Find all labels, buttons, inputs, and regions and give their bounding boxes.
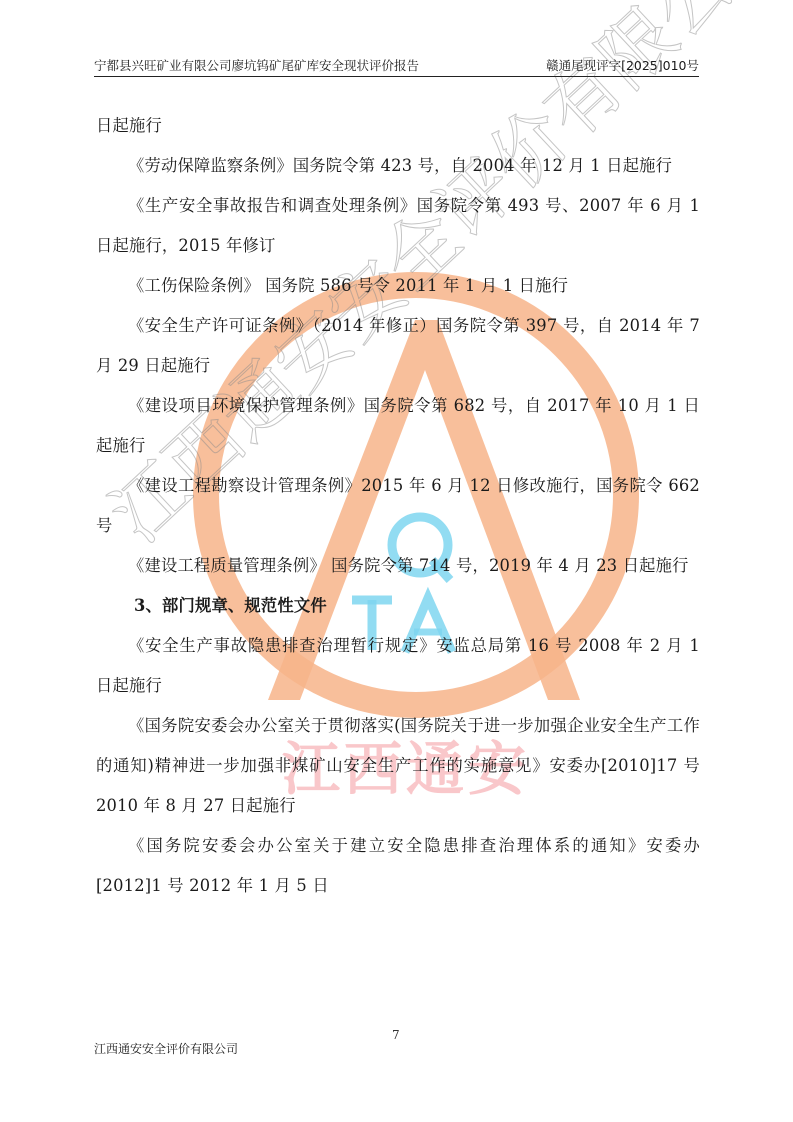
regulation-item: 《工伤保险条例》 国务院 586 号令 2011 年 1 月 1 日施行 <box>96 266 700 306</box>
report-number: 赣通尾现评字[2025]010号 <box>546 56 699 74</box>
regulation-item: 《建设项目环境保护管理条例》国务院令第 682 号，自 2017 年 10 月 … <box>96 386 700 466</box>
regulation-item: 《劳动保障监察条例》国务院令第 423 号，自 2004 年 12 月 1 日起… <box>96 146 700 186</box>
report-title: 宁都县兴旺矿业有限公司廖坑钨矿尾矿库安全现状评价报告 <box>94 56 419 74</box>
regulation-item: 《生产安全事故报告和调查处理条例》国务院令第 493 号、2007 年 6 月 … <box>96 186 700 266</box>
page-number: 7 <box>392 1028 400 1042</box>
footer-company: 江西通安安全评价有限公司 <box>94 1040 238 1057</box>
page-header: 宁都县兴旺矿业有限公司廖坑钨矿尾矿库安全现状评价报告 赣通尾现评字[2025]0… <box>94 52 699 77</box>
section-heading: 3、部门规章、规范性文件 <box>96 586 700 626</box>
document-body: 日起施行 《劳动保障监察条例》国务院令第 423 号，自 2004 年 12 月… <box>96 106 700 906</box>
regulation-item: 《安全生产许可证条例》（2014 年修正）国务院令第 397 号，自 2014 … <box>96 306 700 386</box>
regulation-item: 《国务院安委会办公室关于贯彻落实(国务院关于进一步加强企业安全生产工作的通知)精… <box>96 706 700 826</box>
document-page: 江西通安 江西通安安全评价有限公司 宁都县兴旺矿业有限公司廖坑钨矿尾矿库安全现状… <box>0 0 793 1122</box>
regulation-item: 《建设工程勘察设计管理条例》2015 年 6 月 12 日修改施行，国务院令 6… <box>96 466 700 546</box>
regulation-item: 《建设工程质量管理条例》 国务院令第 714 号，2019 年 4 月 23 日… <box>96 546 700 586</box>
regulation-item: 《安全生产事故隐患排查治理暂行规定》安监总局第 16 号 2008 年 2 月 … <box>96 626 700 706</box>
paragraph-continuation: 日起施行 <box>96 106 700 146</box>
regulation-item: 《国务院安委会办公室关于建立安全隐患排查治理体系的通知》安委办[2012]1 号… <box>96 826 700 906</box>
